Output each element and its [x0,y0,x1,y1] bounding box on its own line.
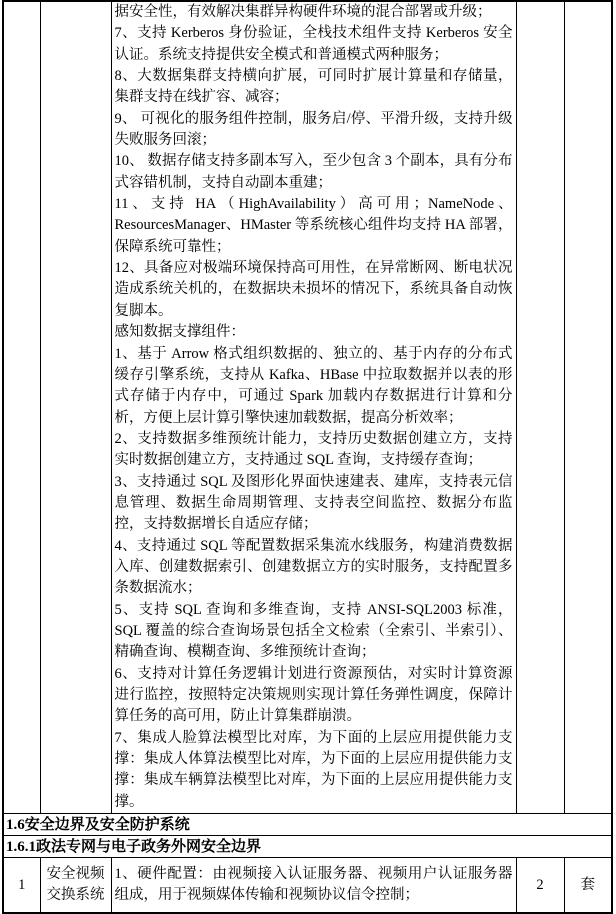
spec-paragraph: 10、 数据存储支持多副本写入，至少包含 3 个副本，具有分布式容错机制，支持自… [115,151,513,194]
spec-paragraph: 4、支持通过 SQL 等配置数据采集流水线服务，构建消费数据入库、创建数据索引、… [115,536,513,600]
item-name: 安全视频交换系统 [41,864,111,907]
section-header-1-6-1: 1.6.1政法专网与电子政务外网安全边界 [3,836,612,858]
continued-spec-index-cell [3,1,40,814]
spec-paragraph: 7、集成人脸算法模型比对库，为下面的上层应用提供能力支撑：集成人体算法模型比对库… [115,728,513,813]
continued-spec-unit-cell [564,1,612,814]
requirements-table: 据安全性，有效解决集群异构硬件环境的混合部署或升级； 7、支持 Kerberos… [2,0,613,914]
item-description: 1、硬件配置：由视频接入认证服务器、视频用户认证服务器组成，用于视频媒体传输和视… [112,864,516,907]
spec-paragraph: 12、具备应对极端环境保持高可用性，在异常断网、断电状况造成系统关机的，在数据块… [115,258,513,322]
item-quantity: 2 [516,858,564,914]
continued-spec-quantity-cell [516,1,564,814]
section-header-row-1-6-1: 1.6.1政法专网与电子政务外网安全边界 [3,836,612,858]
continued-spec-row: 据安全性，有效解决集群异构硬件环境的混合部署或升级； 7、支持 Kerberos… [3,1,612,814]
item-description-cell: 1、硬件配置：由视频接入认证服务器、视频用户认证服务器组成，用于视频媒体传输和视… [111,858,516,914]
item-row-security-video-exchange: 1 安全视频交换系统 1、硬件配置：由视频接入认证服务器、视频用户认证服务器组成… [3,858,612,914]
section-header-row-1-6: 1.6安全边界及安全防护系统 [3,814,612,836]
spec-paragraph-list: 据安全性，有效解决集群异构硬件环境的混合部署或升级； 7、支持 Kerberos… [112,2,516,813]
spec-paragraph: 感知数据支撑组件： [115,322,513,343]
spec-paragraph: 6、支持对计算任务逻辑计划进行资源预估，对实时计算资源进行监控，按照特定决策规则… [115,664,513,728]
item-index: 1 [3,858,40,914]
section-header-1-6: 1.6安全边界及安全防护系统 [3,814,612,836]
spec-paragraph: 3、支持通过 SQL 及图形化界面快速建表、建库，支持表元信息管理、数据生命周期… [115,472,513,536]
spec-paragraph: 1、基于 Arrow 格式组织数据的、独立的、基于内存的分布式缓存引擎系统，支持… [115,344,513,429]
item-unit: 套 [564,858,612,914]
spec-paragraph: 5、支持 SQL 查询和多维查询，支持 ANSI-SQL2003 标准，SQL … [115,600,513,664]
continued-spec-description-cell: 据安全性，有效解决集群异构硬件环境的混合部署或升级； 7、支持 Kerberos… [111,1,516,814]
spec-paragraph: 9、 可视化的服务组件控制，服务启/停、平滑升级，支持升级失败服务回滚； [115,109,513,152]
spec-paragraph: 据安全性，有效解决集群异构硬件环境的混合部署或升级； [115,2,513,23]
item-name-cell: 安全视频交换系统 [40,858,111,914]
spec-paragraph: 11、支持 HA（HighAvailability）高可用；NameNode、R… [115,194,513,258]
spec-paragraph: 8、大数据集群支持横向扩展，可同时扩展计算量和存储量，集群支持在线扩容、减容； [115,66,513,109]
continued-spec-name-cell [40,1,111,814]
spec-paragraph: 2、支持数据多维预统计能力，支持历史数据创建立方，支持实时数据创建立方，支持通过… [115,429,513,472]
spec-paragraph: 7、支持 Kerberos 身份验证，全栈技术组件支持 Kerberos 安全认… [115,23,513,66]
